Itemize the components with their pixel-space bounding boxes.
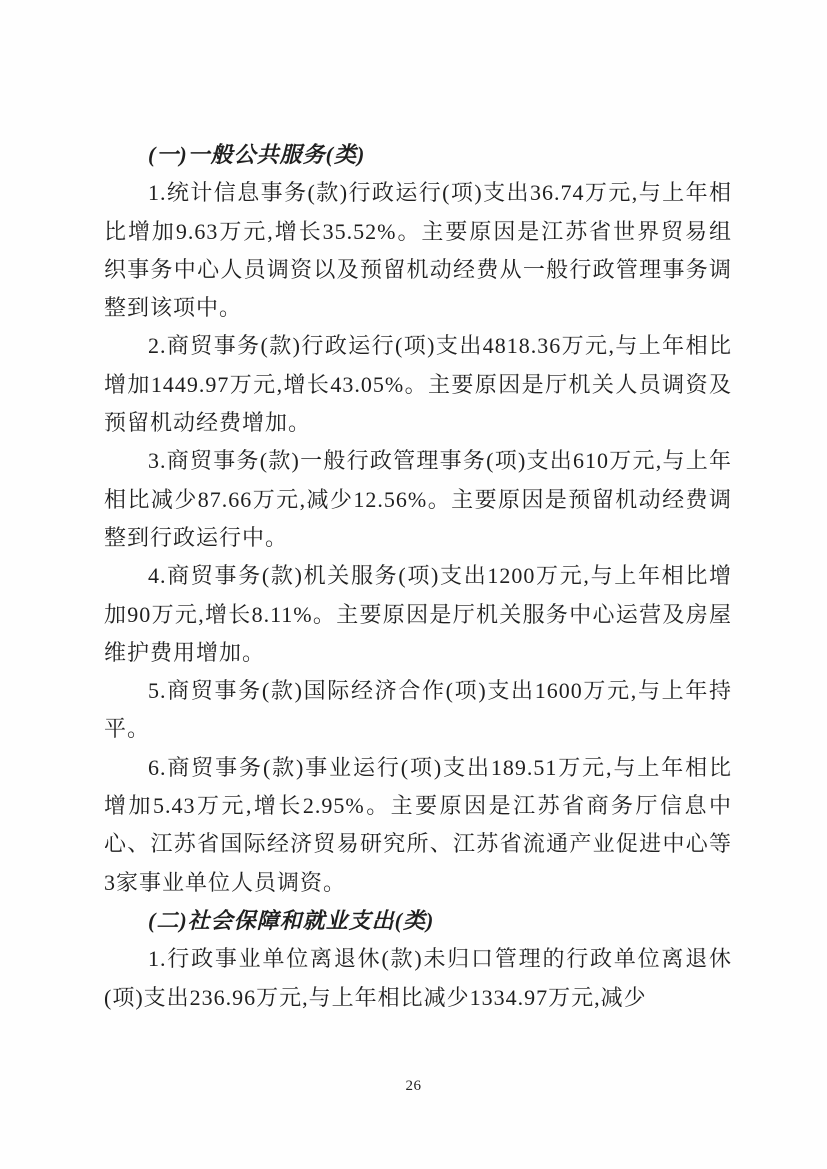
section-1-paragraph-5: 5.商贸事务(款)国际经济合作(项)支出1600万元,与上年持平。 xyxy=(104,672,732,749)
document-page: (一)一般公共服务(类) 1.统计信息事务(款)行政运行(项)支出36.74万元… xyxy=(0,0,827,1169)
section-1-paragraph-6: 6.商贸事务(款)事业运行(项)支出189.51万元,与上年相比增加5.43万元… xyxy=(104,749,732,902)
section-1-paragraph-4: 4.商贸事务(款)机关服务(项)支出1200万元,与上年相比增加90万元,增长8… xyxy=(104,557,732,672)
section-1-heading: (一)一般公共服务(类) xyxy=(104,136,732,174)
document-content: (一)一般公共服务(类) 1.统计信息事务(款)行政运行(项)支出36.74万元… xyxy=(104,136,732,1017)
section-2-paragraph-1: 1.行政事业单位离退休(款)未归口管理的行政单位离退休(项)支出236.96万元… xyxy=(104,940,732,1017)
section-1-paragraph-3: 3.商贸事务(款)一般行政管理事务(项)支出610万元,与上年相比减少87.66… xyxy=(104,442,732,557)
section-1-paragraph-1: 1.统计信息事务(款)行政运行(项)支出36.74万元,与上年相比增加9.63万… xyxy=(104,174,732,327)
page-number: 26 xyxy=(0,1078,827,1095)
section-2-heading: (二)社会保障和就业支出(类) xyxy=(104,902,732,940)
section-1-paragraph-2: 2.商贸事务(款)行政运行(项)支出4818.36万元,与上年相比增加1449.… xyxy=(104,327,732,442)
